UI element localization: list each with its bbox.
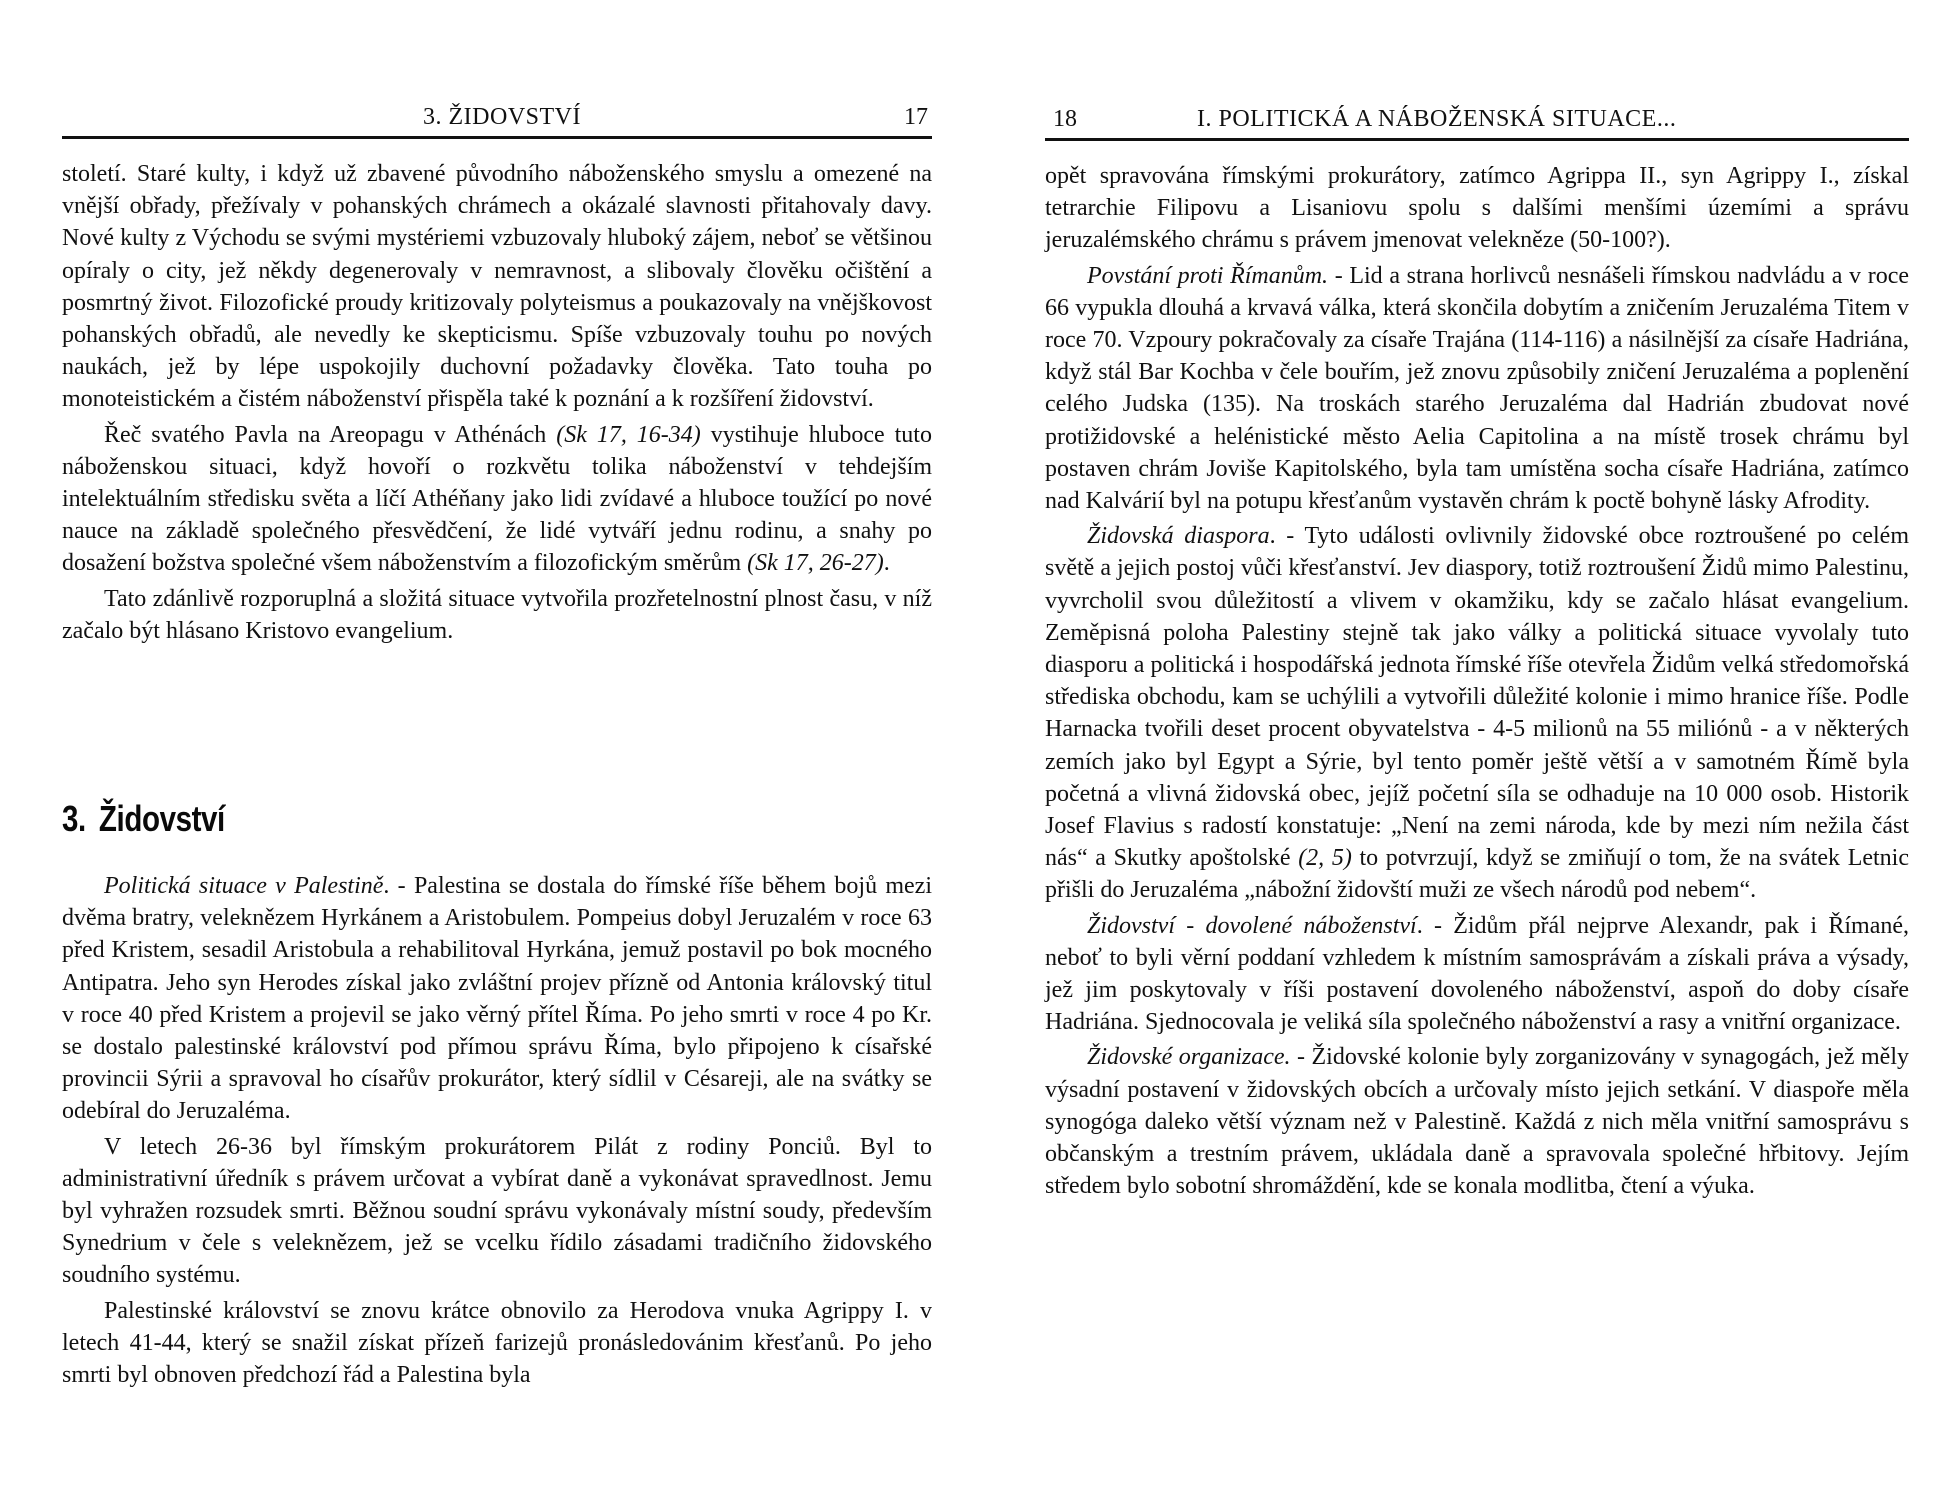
text-block: opět spravována římskými prokurátory, za… [1045,160,1909,1206]
scripture-reference: (Sk 17, 26-27) [747,550,884,576]
paragraph: Palestinské království se znovu krátce o… [62,1295,932,1392]
paragraph: Tato zdánlivě rozporuplná a složitá situ… [62,583,932,647]
section-lead: Politická situace v Palestině [104,873,383,899]
running-head-left: 3. ŽIDOVSTVÍ 17 [62,102,932,139]
paragraph: Židovská diaspora. - Tyto události ovliv… [1045,520,1909,906]
paragraph: Politická situace v Palestině. - Palesti… [62,870,932,1128]
paragraph: Řeč svatého Pavla na Areopagu v Athénách… [62,419,932,580]
paragraph: opět spravována římskými prokurátory, za… [1045,160,1909,257]
text-block-before-heading: století. Staré kulty, i když už zbavené … [62,158,932,650]
right-page: 18 I. POLITICKÁ A NÁBOŽENSKÁ SITUACE... … [1045,0,1909,1500]
paragraph: Židovství - dovolené náboženství. - Židů… [1045,910,1909,1039]
paragraph: Židovské organizace. - Židovské kolonie … [1045,1041,1909,1202]
page-number: 18 [1053,104,1077,134]
section-lead: Židovské organizace. [1087,1044,1291,1070]
paragraph: století. Staré kulty, i když už zbavené … [62,158,932,416]
paragraph: Povstání proti Římanům. - Lid a strana h… [1045,260,1909,518]
section-lead: Židovství - dovolené náboženství [1087,913,1417,939]
page-number: 17 [904,102,928,132]
chapter-title: Židovství [99,798,225,839]
paragraph: V letech 26-36 byl římským prokurátorem … [62,1131,932,1292]
section-lead: Židovská diaspora [1087,523,1270,549]
running-head-right: 18 I. POLITICKÁ A NÁBOŽENSKÁ SITUACE... [1045,104,1909,141]
running-head-title: 3. ŽIDOVSTVÍ [62,102,932,132]
running-head-title: I. POLITICKÁ A NÁBOŽENSKÁ SITUACE... [1197,104,1676,134]
left-page: 3. ŽIDOVSTVÍ 17 století. Staré kulty, i … [62,0,932,1500]
section-lead: Povstání proti Římanům. [1087,263,1328,289]
scripture-reference: (2, 5) [1298,845,1352,871]
text-block-after-heading: Politická situace v Palestině. - Palesti… [62,870,932,1394]
chapter-heading: 3.Židovství [62,798,225,840]
scripture-reference: (Sk 17, 16-34) [556,422,701,448]
chapter-number: 3. [62,798,86,839]
